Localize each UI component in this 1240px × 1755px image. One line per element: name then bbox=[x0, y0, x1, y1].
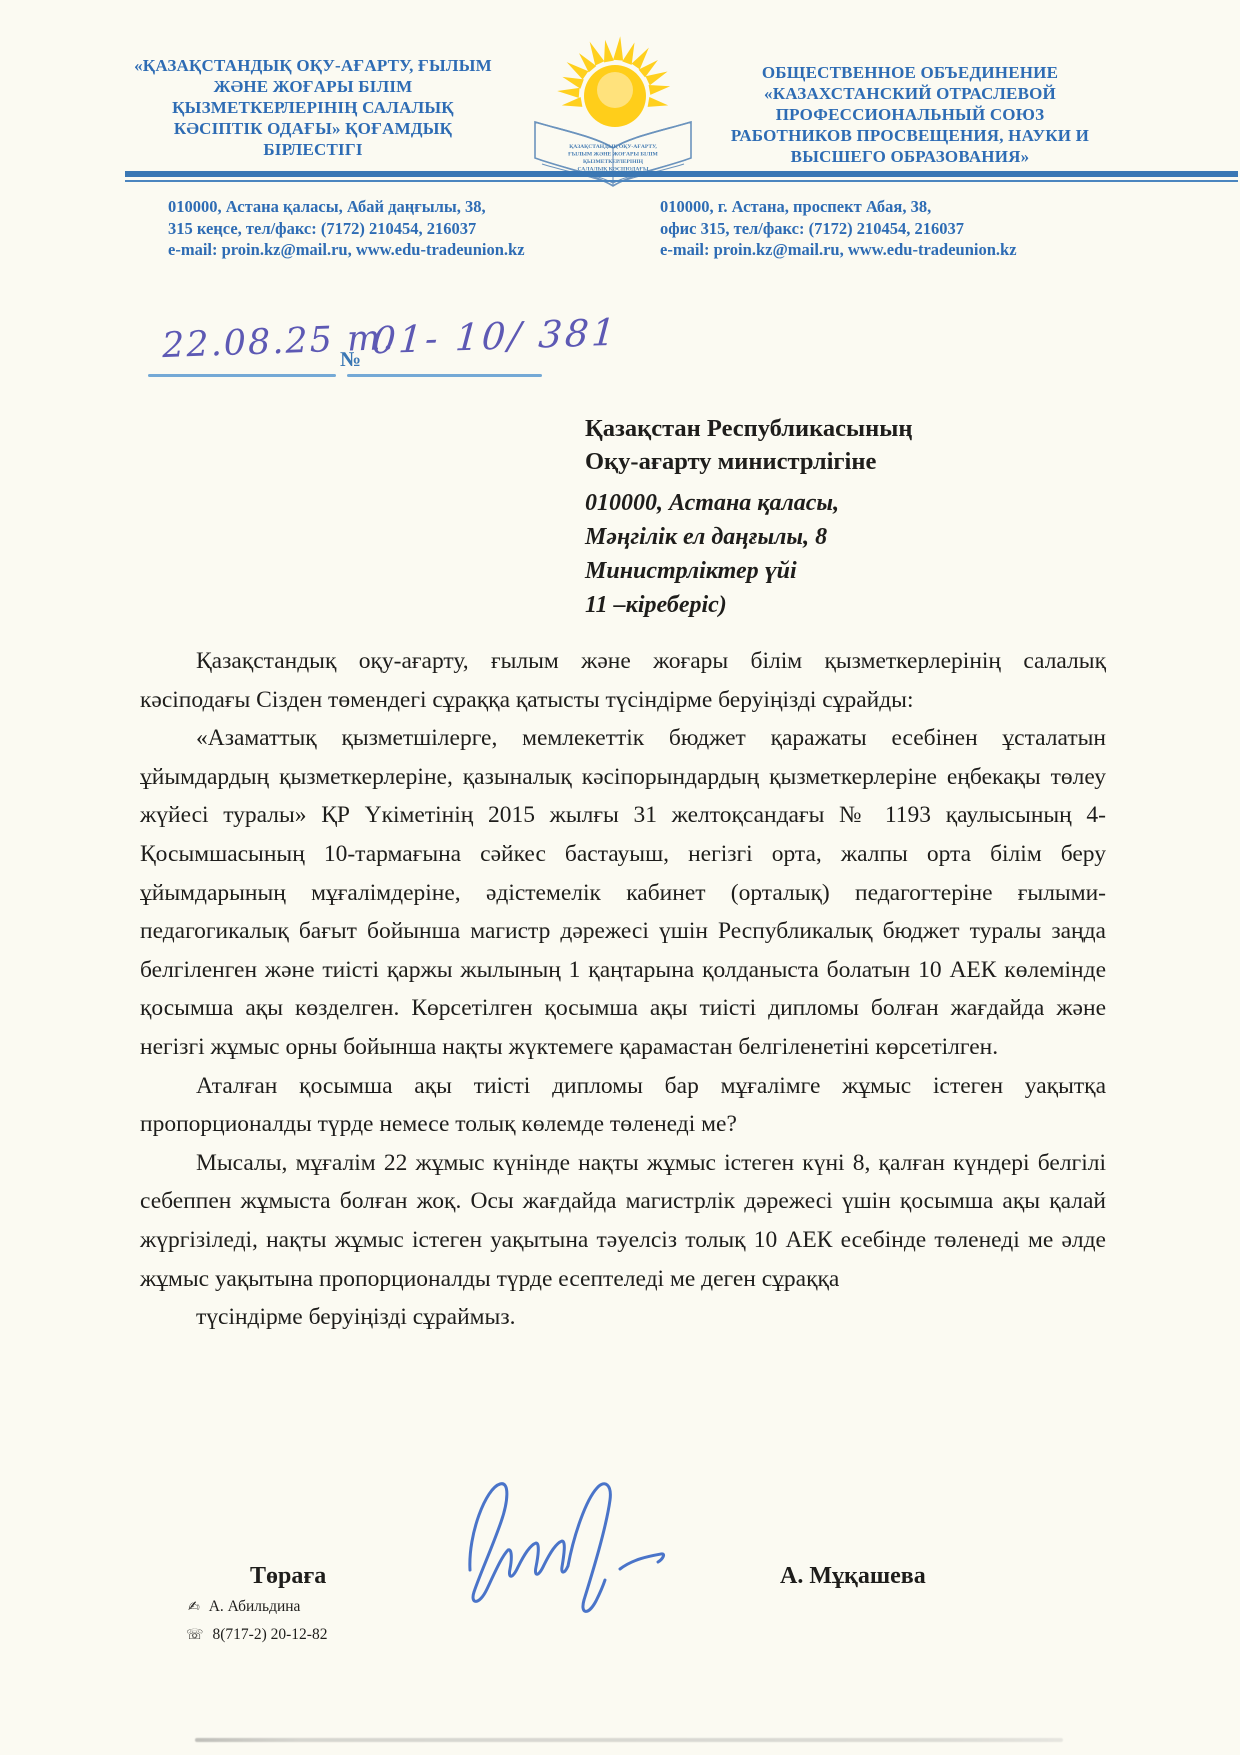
date-underline bbox=[148, 374, 336, 377]
logo-caption-line1: ҚАЗАҚСТАНДЫҚ ОҚУ-АҒАРТУ, bbox=[569, 144, 657, 150]
signer-name: А. Мұқашева bbox=[780, 1563, 926, 1590]
body-paragraph-4: Мысалы, мұғалім 22 жұмыс күнінде нақты ж… bbox=[140, 1144, 1106, 1298]
sun-core-icon bbox=[597, 72, 633, 108]
sun-book-logo-graphic: ҚАЗАҚСТАНДЫҚ ОҚУ-АҒАРТУ, ҒЫЛЫМ ЖӘНЕ ЖОҒА… bbox=[520, 26, 710, 190]
scan-edge-shadow bbox=[195, 1738, 1063, 1742]
contact-info-russian: 010000, г. Астана, проспект Абая, 38, оф… bbox=[660, 196, 1090, 261]
writing-hand-icon: ✍ bbox=[188, 1599, 200, 1615]
body-paragraph-5: түсіндірме беруіңізді сұраймыз. bbox=[140, 1298, 1106, 1337]
logo-caption-line2: ҒЫЛЫМ ЖӘНЕ ЖОҒАРЫ БІЛІМ bbox=[568, 152, 658, 158]
letterhead-divider-thick bbox=[125, 171, 1238, 177]
letter-body: Қазақстандық оқу-ағарту, ғылым және жоға… bbox=[140, 642, 1106, 1337]
executor-phone: 8(717-2) 20-12-82 bbox=[213, 1626, 328, 1643]
contact-info-kazakh: 010000, Астана қаласы, Абай даңғылы, 38,… bbox=[168, 196, 598, 261]
number-sign-label: № bbox=[340, 347, 361, 372]
number-underline bbox=[347, 374, 542, 377]
executor-phone-line: ☏8(717-2) 20-12-82 bbox=[186, 1626, 327, 1644]
body-paragraph-3: Аталған қосымша ақы тиісті дипломы бар м… bbox=[140, 1067, 1106, 1144]
signature-stroke-icon bbox=[440, 1472, 710, 1627]
letterhead-divider-thin bbox=[125, 180, 1238, 182]
letterhead-org-name-kazakh: «ҚАЗАҚСТАНДЫҚ ОҚУ-АҒАРТУ, ҒЫЛЫМ ЖӘНЕ ЖОҒ… bbox=[128, 55, 498, 160]
executor-name: А. Абильдина bbox=[209, 1598, 301, 1615]
letterhead-org-name-russian: ОБЩЕСТВЕННОЕ ОБЪЕДИНЕНИЕ «КАЗАХСТАНСКИЙ … bbox=[700, 62, 1120, 167]
recipient-organization: Қазақстан Республикасының Оқу-ағарту мин… bbox=[585, 412, 1025, 478]
body-paragraph-2: «Азаматтық қызметшілерге, мемлекеттік бю… bbox=[140, 719, 1106, 1066]
scanned-letter-page: «ҚАЗАҚСТАНДЫҚ ОҚУ-АҒАРТУ, ҒЫЛЫМ ЖӘНЕ ЖОҒ… bbox=[0, 0, 1240, 1755]
executor-line: ✍А. Абильдина bbox=[188, 1598, 300, 1616]
recipient-address: 010000, Астана қаласы, Мәңгілік ел даңғы… bbox=[585, 486, 1025, 622]
telephone-icon: ☏ bbox=[186, 1627, 204, 1643]
union-logo: ҚАЗАҚСТАНДЫҚ ОҚУ-АҒАРТУ, ҒЫЛЫМ ЖӘНЕ ЖОҒА… bbox=[520, 26, 710, 190]
handwritten-ref-number: 01- 10/ 381 bbox=[371, 311, 620, 363]
body-paragraph-1: Қазақстандық оқу-ағарту, ғылым және жоға… bbox=[140, 642, 1106, 719]
handwritten-signature bbox=[440, 1472, 710, 1627]
logo-caption-line3: ҚЫЗМЕТКЕРЛЕРІНІҢ bbox=[583, 159, 644, 165]
signer-title: Төраға bbox=[250, 1563, 326, 1590]
